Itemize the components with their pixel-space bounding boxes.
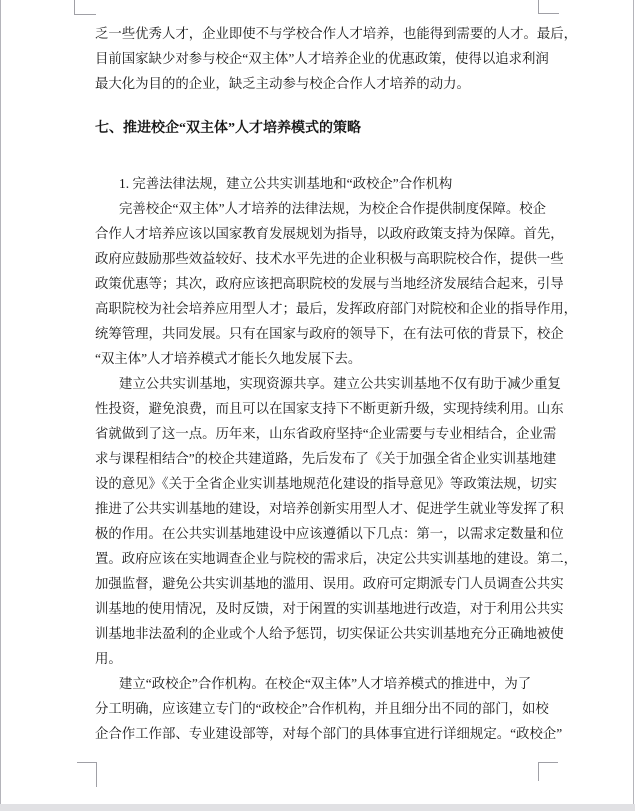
text-boundary-mark-bottom-right [538, 762, 558, 781]
section-heading-text[interactable]: 七、推进校企“双主体”人才培养模式的策略 [95, 116, 575, 141]
page-right-edge [633, 0, 634, 804]
text-line[interactable]: 推进了公共实训基地的建设，对培养创新实用型人才、促进学生就业等发挥了积 [95, 496, 575, 521]
text-boundary-mark-bottom-left [77, 762, 97, 787]
paragraph-cooperation-organization: 建立“政校企”合作机构。在校企“双主体”人才培养模式的推进中，为了 分工明确，应… [95, 671, 575, 746]
text-line[interactable]: 高职院校为社会培养应用型人才；最后，发挥政府部门对院校和企业的指导作用， [95, 296, 575, 321]
text-line[interactable]: 企合作工作部、专业建设部等，对每个部门的具体事宜进行详细规定。“政校企” [95, 721, 575, 746]
text-line[interactable]: 求与课程相结合”的校企共建道路，先后发布了《关于加强全省企业实训基地建 [95, 446, 575, 471]
text-line[interactable]: 统筹管理，共同发展。只有在国家与政府的领导下，在有法可依的背景下，校企 [95, 321, 575, 346]
text-line[interactable]: 性投资，避免浪费，而且可以在国家支持下不断更新升级，实现持续利用。山东 [95, 396, 575, 421]
document-page[interactable]: 乏一些优秀人才，企业即使不与学校合作人才培养，也能得到需要的人才。最后， 目前国… [0, 0, 635, 804]
text-line[interactable]: 极的作用。在公共实训基地建设中应该遵循以下几点：第一，以需求定数量和位 [95, 521, 575, 546]
text-line[interactable]: 政策优惠等；其次，政府应该把高职院校的发展与当地经济发展结合起来，引导 [95, 271, 575, 296]
text-line[interactable]: 省就做到了这一点。历年来，山东省政府坚持“企业需要与专业相结合，企业需 [95, 421, 575, 446]
text-boundary-mark-top-right [538, 0, 559, 14]
text-line[interactable]: 训基地的使用情况，及时反馈，对于闲置的实训基地进行改造，对于利用公共实 [95, 596, 575, 621]
text-line[interactable]: 建立公共实训基地，实现资源共享。建立公共实训基地不仅有助于减少重复 [95, 371, 575, 396]
text-line[interactable]: 最大化为目的的企业，缺乏主动参与校企合作人才培养的动力。 [95, 71, 575, 96]
text-line[interactable]: 用。 [95, 646, 575, 671]
continued-paragraph: 乏一些优秀人才，企业即使不与学校合作人才培养，也能得到需要的人才。最后， 目前国… [95, 21, 575, 96]
text-line[interactable]: 设的意见》《关于全省企业实训基地规范化建设的指导意见》等政策法规，切实 [95, 471, 575, 496]
text-line[interactable]: 置。政府应该在实地调查企业与院校的需求后，决定公共实训基地的建设。第二， [95, 546, 575, 571]
text-line[interactable]: 训基地非法盈利的企业或个人给予惩罚，切实保证公共实训基地充分正确地被使 [95, 621, 575, 646]
paragraph-legal-framework: 完善校企“双主体”人才培养的法律法规，为校企合作提供制度保障。校企 合作人才培养… [95, 196, 575, 371]
workspace-background [0, 804, 635, 811]
text-line[interactable]: 完善校企“双主体”人才培养的法律法规，为校企合作提供制度保障。校企 [95, 196, 575, 221]
text-line[interactable]: 分工明确，应该建立专门的“政校企”合作机构，并且细分出不同的部门，如校 [95, 696, 575, 721]
paragraph-training-base: 建立公共实训基地，实现资源共享。建立公共实训基地不仅有助于减少重复 性投资，避免… [95, 371, 575, 671]
page-left-edge [0, 0, 1, 804]
text-line[interactable]: 政府应鼓励那些效益较好、技术水平先进的企业积极与高职院校合作，提供一些 [95, 246, 575, 271]
text-line[interactable]: 乏一些优秀人才，企业即使不与学校合作人才培养，也能得到需要的人才。最后， [95, 21, 575, 46]
text-line[interactable]: 目前国家缺少对参与校企“双主体”人才培养企业的优惠政策，使得以追求利润 [95, 46, 575, 71]
text-line[interactable]: 合作人才培养应该以国家教育发展规划为指导，以政府政策支持为保障。首先， [95, 221, 575, 246]
text-boundary-mark-top-left [74, 0, 96, 15]
text-line[interactable]: 建立“政校企”合作机构。在校企“双主体”人才培养模式的推进中，为了 [95, 671, 575, 696]
sub-heading-text[interactable]: 1. 完善法律法规，建立公共实训基地和“政校企”合作机构 [95, 171, 575, 196]
sub-heading: 1. 完善法律法规，建立公共实训基地和“政校企”合作机构 [95, 171, 575, 196]
section-heading: 七、推进校企“双主体”人才培养模式的策略 [95, 116, 575, 141]
text-line[interactable]: “双主体”人才培养模式才能长久地发展下去。 [95, 346, 575, 371]
document-text-area[interactable]: 乏一些优秀人才，企业即使不与学校合作人才培养，也能得到需要的人才。最后， 目前国… [95, 21, 575, 746]
text-line[interactable]: 加强监督，避免公共实训基地的滥用、误用。政府可定期派专门人员调查公共实 [95, 571, 575, 596]
